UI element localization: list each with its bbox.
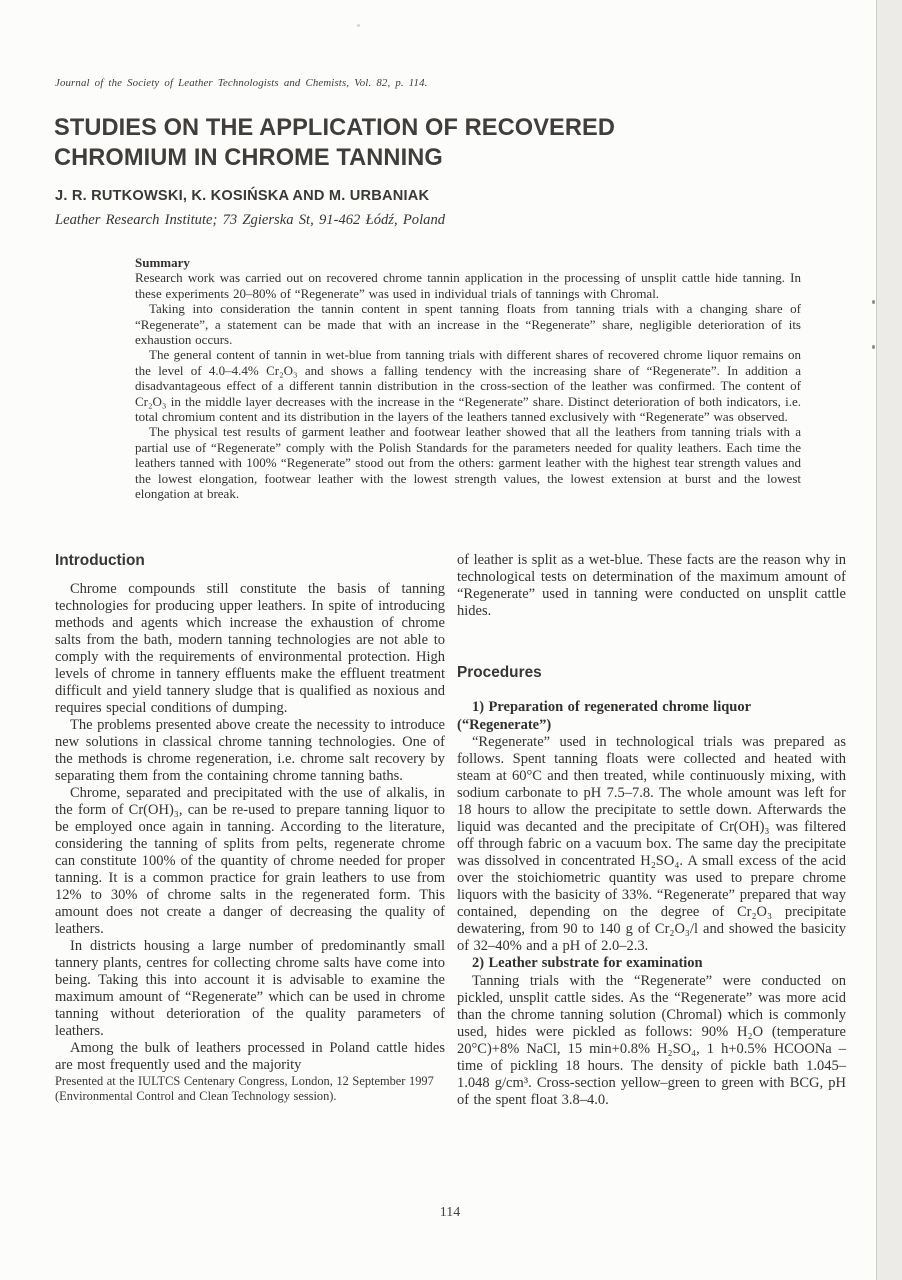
section-2-heading: 2) Leather substrate for examination bbox=[457, 955, 846, 973]
section-1-heading: 1) Preparation of regenerated chrome liq… bbox=[457, 699, 846, 734]
page-number: 114 bbox=[55, 1205, 845, 1221]
procedures-heading: Procedures bbox=[457, 664, 846, 682]
scan-speck bbox=[357, 24, 360, 27]
summary-section: Summary Research work was carried out on… bbox=[135, 255, 801, 502]
summary-paragraph: The general content of tannin in wet-blu… bbox=[135, 347, 801, 424]
body-paragraph: Chrome, separated and precipitated with … bbox=[55, 785, 445, 938]
paper-title: STUDIES ON THE APPLICATION OF RECOVERED … bbox=[54, 113, 615, 173]
summary-paragraph: Taking into consideration the tannin con… bbox=[135, 301, 801, 347]
summary-heading: Summary bbox=[135, 255, 801, 270]
authors-line: J. R. RUTKOWSKI, K. KOSIŃSKA AND M. URBA… bbox=[55, 188, 429, 204]
body-paragraph: Among the bulk of leathers processed in … bbox=[55, 1040, 445, 1074]
scan-speck bbox=[872, 345, 875, 349]
section-2-paragraph: Tanning trials with the “Regenerate” wer… bbox=[457, 973, 846, 1109]
journal-header-line: Journal of the Society of Leather Techno… bbox=[55, 77, 428, 89]
right-column: of leather is split as a wet-blue. These… bbox=[457, 552, 846, 1109]
body-paragraph: Chrome compounds still constitute the ba… bbox=[55, 581, 445, 717]
presentation-footnote: Presented at the IULTCS Centenary Congre… bbox=[55, 1074, 445, 1104]
body-paragraph: The problems presented above create the … bbox=[55, 717, 445, 785]
section-1-paragraph: “Regenerate” used in technological trial… bbox=[457, 734, 846, 955]
title-line-1: STUDIES ON THE APPLICATION OF RECOVERED bbox=[54, 113, 615, 143]
introduction-heading: Introduction bbox=[55, 552, 445, 570]
affiliation-line: Leather Research Institute; 73 Zgierska … bbox=[55, 212, 445, 229]
summary-paragraph: The physical test results of garment lea… bbox=[135, 424, 801, 501]
summary-paragraph: Research work was carried out on recover… bbox=[135, 270, 801, 301]
title-line-2: CHROMIUM IN CHROME TANNING bbox=[54, 143, 615, 173]
left-column: Introduction Chrome compounds still cons… bbox=[55, 552, 445, 1104]
body-paragraph: In districts housing a large number of p… bbox=[55, 938, 445, 1040]
scan-speck bbox=[872, 300, 875, 304]
continuation-paragraph: of leather is split as a wet-blue. These… bbox=[457, 552, 846, 620]
scan-edge-shadow bbox=[876, 0, 902, 1280]
